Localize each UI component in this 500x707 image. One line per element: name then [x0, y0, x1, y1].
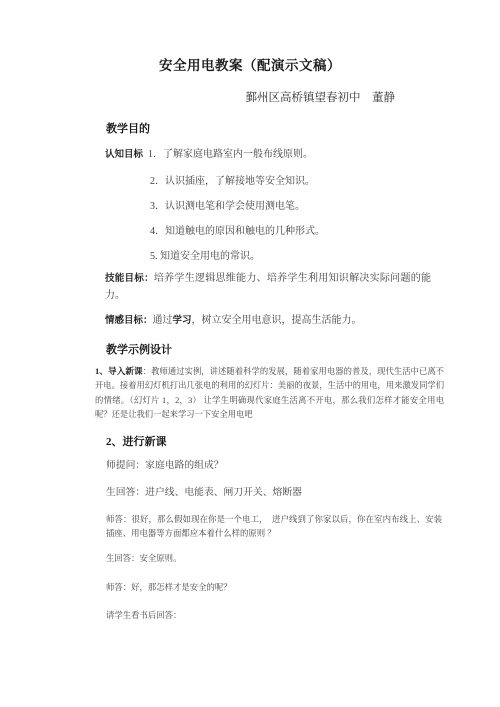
dialog-teacher-reply-2: 师答：好，那怎样才是安全的呢？	[106, 581, 442, 596]
cognitive-objective-label: 认知目标	[105, 150, 143, 160]
emotion-objective-prefix: 通过	[153, 315, 173, 326]
objective-item-5: 5. 知道安全用电的常识。	[150, 251, 500, 263]
skill-objective-text: 培养学生逻辑思维能力、培养学生利用知识解决实际问题的能力。	[105, 273, 431, 301]
dialog-student-answer-1: 生回答：进户线、电能表、闸刀开关、熔断器	[106, 487, 442, 499]
lesson-intro-label: 1、导入新课	[95, 366, 143, 376]
skill-objective-paragraph: 技能目标：培养学生逻辑思维能力、培养学生利用知识解决实际问题的能力。	[105, 271, 431, 303]
skill-objective-label: 技能目标：	[105, 274, 154, 284]
emotion-objective-paragraph: 情感目标：通过学习，树立安全用电意识，提高生活能力。	[105, 313, 431, 330]
lesson-intro-text: ：教师通过实例，讲述随着科学的发展，随着家用电器的普及，现代生活中已离不开电。接…	[95, 367, 444, 420]
objective-item-4: 4．知道触电的原因和触电的几种形式。	[150, 226, 500, 238]
emotion-objective-bold-word: 学习	[173, 316, 192, 326]
dialog-teacher-question: 师提问：家庭电路的组成？	[106, 460, 442, 472]
emotion-objective-label: 情感目标：	[105, 316, 153, 326]
objective-item-3: 3．认识测电笔和学会使用测电笔。	[150, 201, 500, 213]
author-line: 鄞州区高桥镇望春初中 董静	[0, 91, 500, 105]
page-title: 安全用电教案（配演示文稿）	[0, 0, 500, 75]
lesson-plan-document: 安全用电教案（配演示文稿） 鄞州区高桥镇望春初中 董静 教学目的 认知目标1．了…	[0, 0, 500, 707]
objective-item-1: 认知目标1．了解家庭电路室内一般布线原则。	[105, 149, 500, 161]
dialog-teacher-reply-1: 师答：很好，那么假如现在你是一个电工， 进户线到了你家以后，你在室内布线上、安装…	[106, 513, 442, 542]
dialog-instruction-line: 请学生看书后回答：	[106, 609, 442, 624]
emotion-objective-suffix: ，树立安全用电意识，提高生活能力。	[192, 315, 362, 326]
heading-teaching-objectives: 教学目的	[106, 123, 500, 136]
dialog-student-answer-2: 生回答：安全原则。	[106, 552, 442, 567]
lesson-intro-paragraph: 1、导入新课：教师通过实例，讲述随着科学的发展，随着家用电器的普及，现代生活中已…	[95, 364, 444, 423]
heading-new-lesson: 2、进行新课	[106, 436, 500, 449]
objective-item-1-text: 1．了解家庭电路室内一般布线原则。	[148, 149, 313, 160]
objective-item-2: 2．认识插座，了解接地等安全知识。	[150, 176, 500, 188]
heading-teaching-design: 教学示例设计	[106, 344, 500, 357]
